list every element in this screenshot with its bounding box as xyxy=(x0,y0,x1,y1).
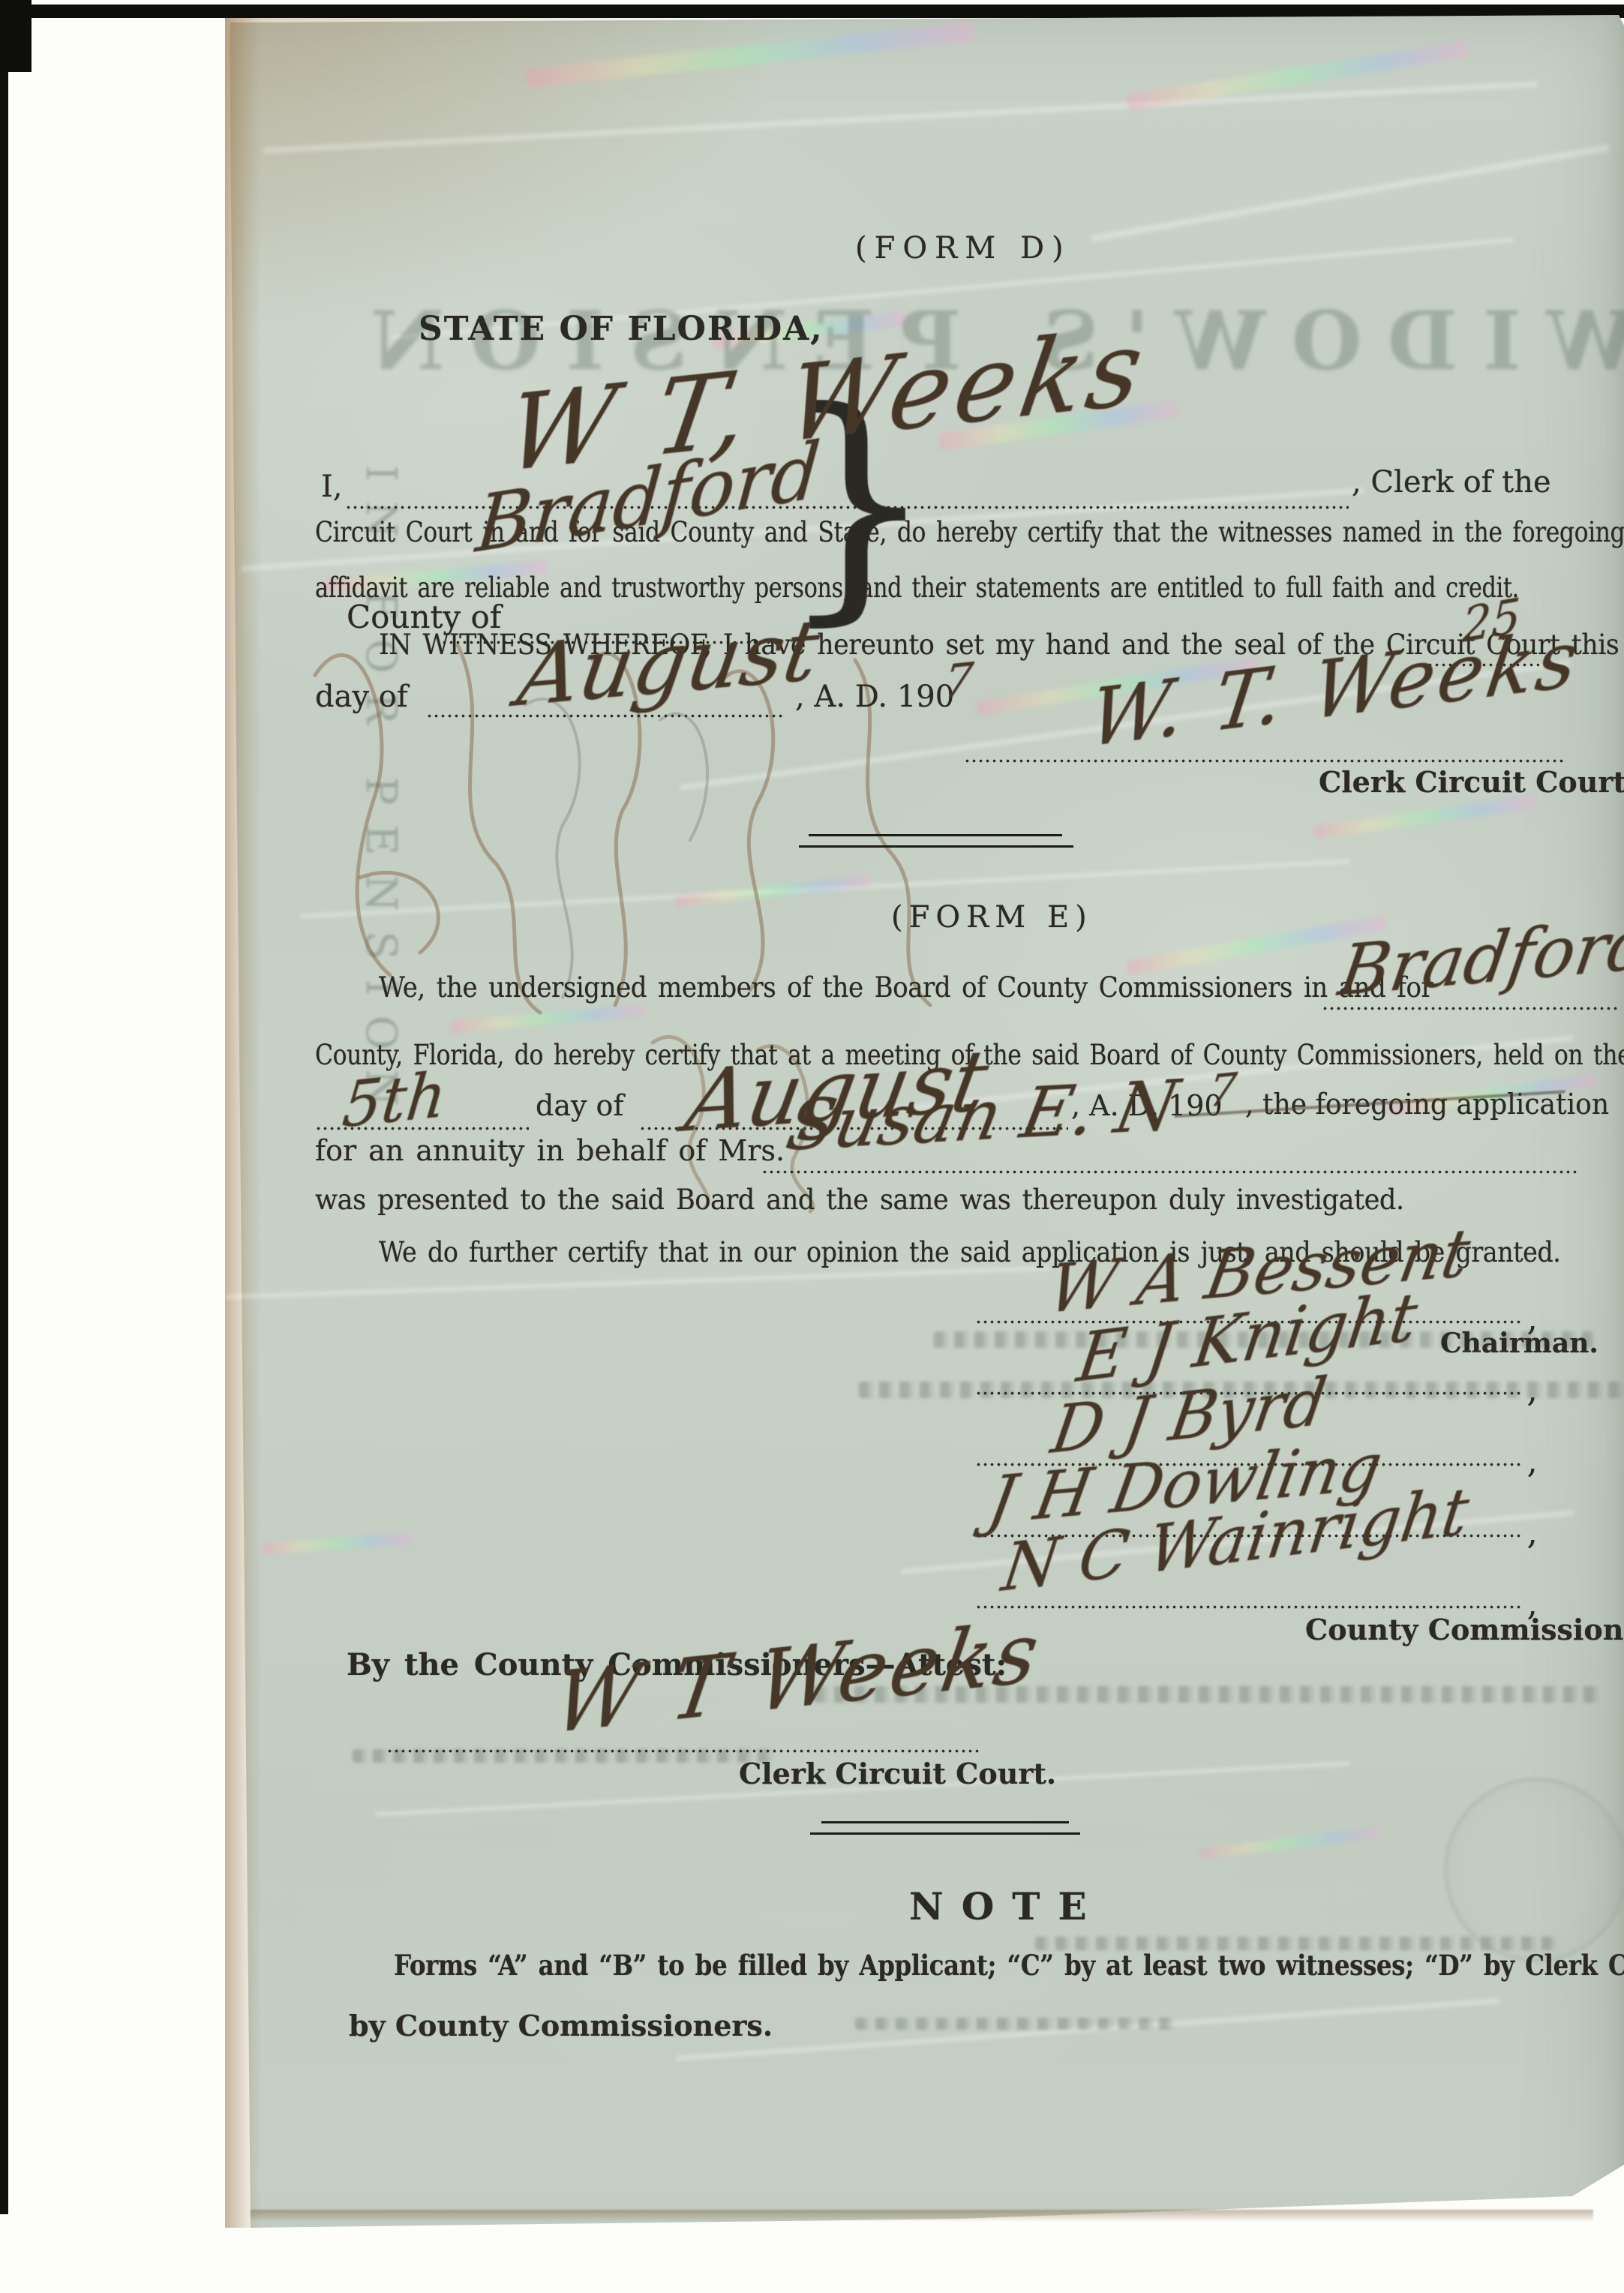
chairman-label: Chairman. xyxy=(1440,1328,1598,1359)
section-rule xyxy=(809,834,1062,836)
note-line2: by County Commissioners. xyxy=(349,2009,773,2042)
year-prefix-d: , A. D. 190 xyxy=(795,680,954,714)
note-heading: NOTE xyxy=(909,1884,1105,1928)
form-d-body-line2: affidavit are reliable and trustworthy p… xyxy=(315,572,1519,604)
note-line1: Forms “A” and “B” to be filled by Applic… xyxy=(394,1949,1624,1982)
form-e-line1: We, the undersigned members of the Board… xyxy=(379,971,1433,1004)
ghost-seal xyxy=(1444,1778,1624,1962)
scanner-left-edge xyxy=(0,0,8,2214)
clerk-title-d: Clerk Circuit Court. xyxy=(1319,765,1624,799)
day-of-label-d: day of xyxy=(315,680,408,714)
section-rule xyxy=(821,1821,1069,1823)
form-e-heading: (FORM E) xyxy=(891,900,1093,935)
section-rule xyxy=(810,1832,1080,1835)
county-commissioners-label: County Commissioners. xyxy=(1305,1613,1624,1646)
clerk-of-the-label: , Clerk of the xyxy=(1352,465,1551,500)
attest-title: Clerk Circuit Court. xyxy=(739,1757,1056,1790)
attest-dotted-line[interactable] xyxy=(386,1749,979,1753)
meeting-day-handwritten: 5th xyxy=(339,1059,449,1142)
year-digit-handwritten-d: 7 xyxy=(941,653,975,710)
signature-dotted-line[interactable] xyxy=(975,1605,1521,1609)
annuity-name-scrawl-trail xyxy=(1175,1085,1566,1118)
form-e-line4: was presented to the said Board and the … xyxy=(315,1184,1404,1216)
i-label: I, xyxy=(321,470,343,504)
clerk-signature-dotted-line-d[interactable] xyxy=(964,759,1564,763)
scanner-top-edge xyxy=(0,5,1624,18)
form-d-heading: (FORM D) xyxy=(855,231,1071,266)
ghost-vertical-text: IN FOR PENSION xyxy=(356,465,405,1126)
scanned-document: WIDOW'S PENSION IN FOR PENSION (FORM D) … xyxy=(0,0,1624,2293)
section-rule xyxy=(799,845,1073,848)
scanner-corner xyxy=(0,0,32,72)
annuity-name-dotted-line[interactable] xyxy=(761,1170,1579,1174)
state-of-florida-label: STATE OF FLORIDA, xyxy=(419,310,824,348)
day-of-label-e: day of xyxy=(536,1089,623,1122)
